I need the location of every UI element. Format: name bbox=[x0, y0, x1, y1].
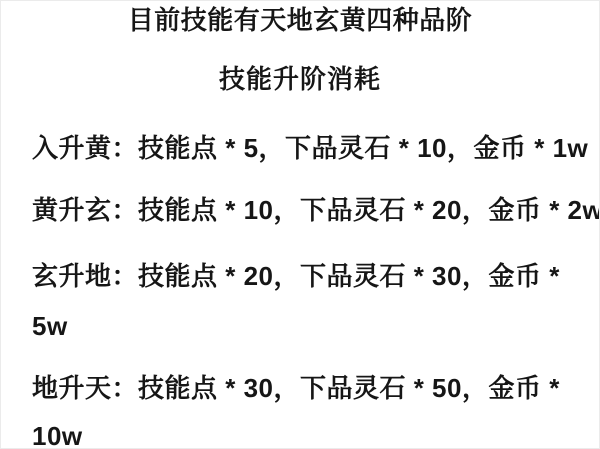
upgrade-row-di-line2: 5w bbox=[32, 311, 579, 341]
upgrade-row-huang-line1: 入升黄：技能点 * 5，下品灵石 * 10，金币 * 1w bbox=[32, 133, 579, 163]
upgrade-row-tian-line1: 地升天：技能点 * 30，下品灵石 * 50，金币 * bbox=[32, 373, 579, 403]
upgrade-row-di-line1: 玄升地：技能点 * 20，下品灵石 * 30，金币 * bbox=[32, 261, 579, 291]
page-title: 目前技能有天地玄黄四种品阶 bbox=[1, 5, 599, 35]
page-subtitle: 技能升阶消耗 bbox=[1, 64, 599, 94]
upgrade-row-xuan-line1: 黄升玄：技能点 * 10，下品灵石 * 20，金币 * 2w bbox=[32, 195, 579, 225]
skill-upgrade-document: 目前技能有天地玄黄四种品阶 技能升阶消耗 入升黄：技能点 * 5，下品灵石 * … bbox=[0, 0, 600, 449]
upgrade-row-tian-line2: 10w bbox=[32, 421, 579, 449]
